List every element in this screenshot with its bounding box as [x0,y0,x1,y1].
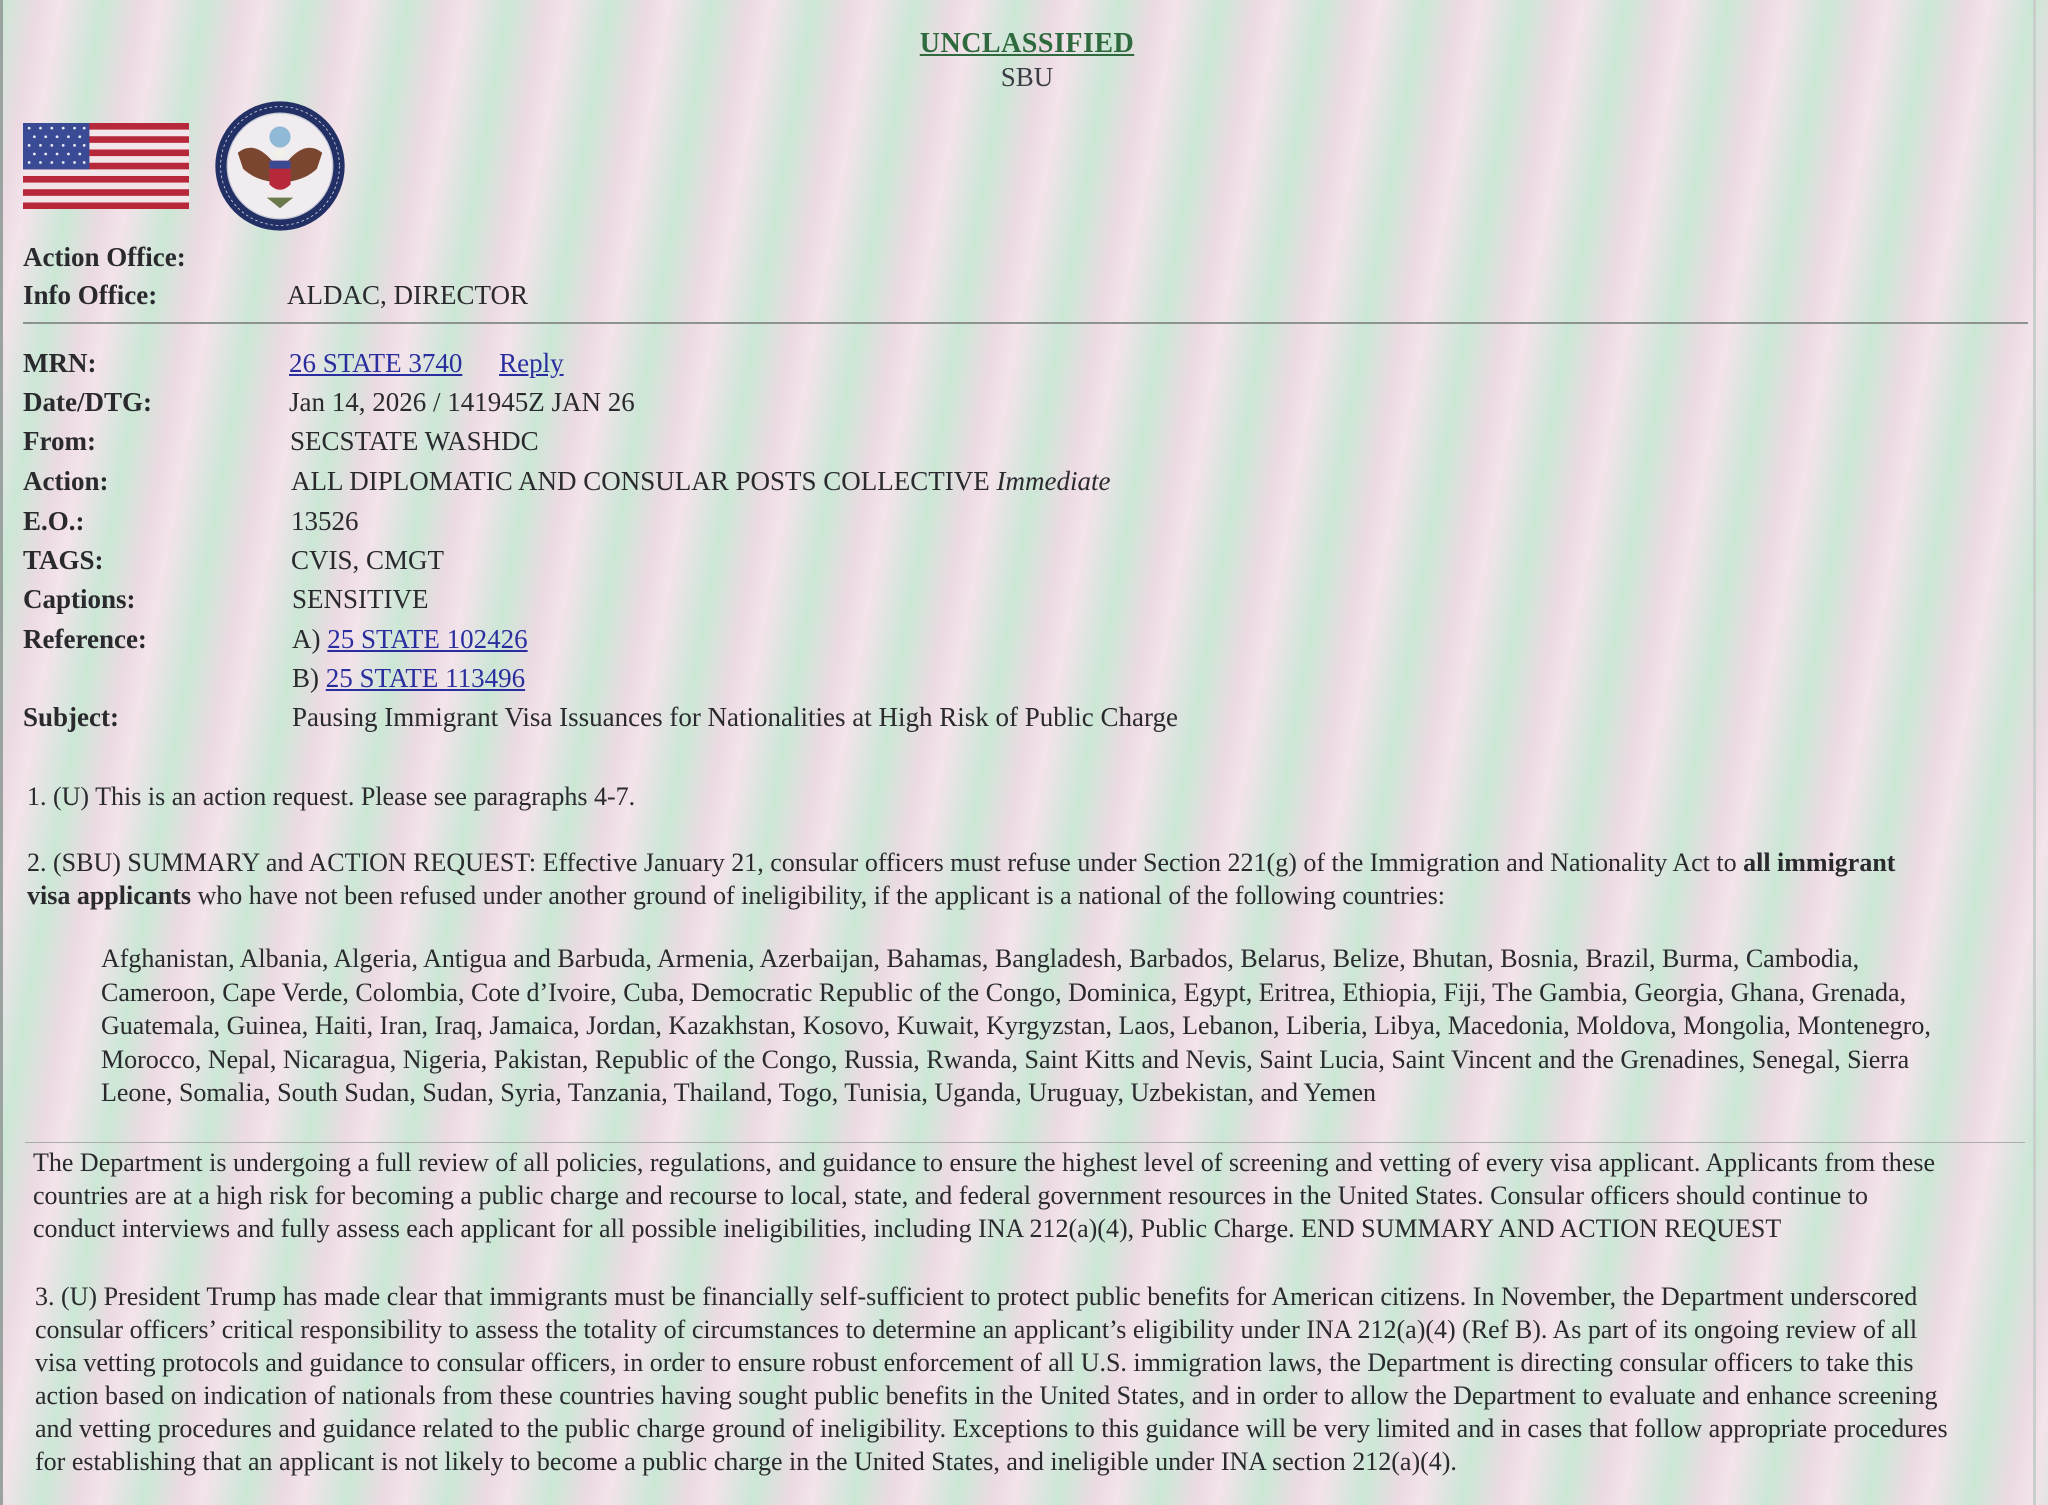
paragraph-2-text: 2. (SBU) SUMMARY and ACTION REQUEST: Eff… [27,848,1743,877]
paragraph-3: 3. (U) President Trump has made clear th… [35,1280,1948,1478]
summary-divider [25,1142,2025,1143]
from-label: From: [23,426,96,457]
paragraph-2-line-1: 2. (SBU) SUMMARY and ACTION REQUEST: Eff… [27,846,1895,879]
action-value: ALL DIPLOMATIC AND CONSULAR POSTS COLLEC… [291,466,990,496]
paragraph-2-text-2: who have not been refused under another … [191,881,1445,910]
reference-a-link[interactable]: 25 STATE 102426 [327,624,527,654]
paragraph-2-line-2: visa applicants who have not been refuse… [27,879,1445,912]
date-label: Date/DTG: [23,387,152,418]
classification-label: UNCLASSIFIED [3,28,2048,60]
action-label: Action: [23,466,108,497]
paragraph-3-line: visa vetting protocols and guidance to c… [35,1346,1948,1379]
reply-link[interactable]: Reply [499,348,564,378]
reference-label: Reference: [23,624,147,655]
date-value: Jan 14, 2026 / 141945Z JAN 26 [289,387,635,418]
department-of-state-seal-icon [214,100,346,232]
summary-paragraph: The Department is undergoing a full revi… [33,1146,1935,1245]
classification-banner: UNCLASSIFIED SBU [3,28,2048,93]
country-list-line: Guatemala, Guinea, Haiti, Iran, Iraq, Ja… [101,1009,1931,1043]
paragraph-3-line: for establishing that an applicant is no… [35,1445,1948,1478]
captions-label: Captions: [23,584,136,615]
paragraph-3-line: consular officers’ critical responsibili… [35,1313,1948,1346]
summary-line: countries are at a high risk for becomin… [33,1179,1935,1212]
paragraph-1: 1. (U) This is an action request. Please… [27,780,635,813]
paragraph-2-emphasis-2: visa applicants [27,881,191,910]
captions-value: SENSITIVE [292,584,429,615]
country-list-line: Cameroon, Cape Verde, Colombia, Cote d’I… [101,976,1931,1010]
paragraph-2-emphasis: all immigrant [1743,848,1895,877]
subject-value: Pausing Immigrant Visa Issuances for Nat… [292,702,1178,733]
action-office-label: Action Office: [23,242,186,273]
country-list-line: Morocco, Nepal, Nicaragua, Nigeria, Paki… [101,1043,1931,1077]
reference-b-link[interactable]: 25 STATE 113496 [326,663,525,693]
paragraph-3-line: action based on indication of nationals … [35,1379,1948,1412]
us-flag-icon [23,123,189,209]
eo-label: E.O.: [23,506,85,537]
summary-line: The Department is undergoing a full revi… [33,1146,1935,1179]
marking-label: SBU [3,62,2048,93]
cable-document: UNCLASSIFIED SBU Action Offi [0,0,2036,1505]
reference-a-prefix: A) [292,624,321,654]
tags-value: CVIS, CMGT [291,545,444,576]
mrn-link[interactable]: 26 STATE 3740 [289,348,462,378]
action-precedence: Immediate [997,466,1111,496]
header-divider [23,322,2028,324]
reference-b-prefix: B) [292,663,319,693]
from-value: SECSTATE WASHDC [290,426,539,457]
tags-label: TAGS: [23,545,104,576]
mrn-label: MRN: [23,348,96,379]
subject-label: Subject: [23,702,119,733]
country-list-line: Afghanistan, Albania, Algeria, Antigua a… [101,942,1931,976]
country-list-line: Leone, Somalia, South Sudan, Sudan, Syri… [101,1076,1931,1110]
info-office-label: Info Office: [23,280,157,311]
paragraph-3-line: 3. (U) President Trump has made clear th… [35,1280,1948,1313]
eo-value: 13526 [291,506,359,537]
info-office-value: ALDAC, DIRECTOR [287,280,528,311]
summary-line: conduct interviews and fully assess each… [33,1212,1935,1245]
country-list: Afghanistan, Albania, Algeria, Antigua a… [101,942,1931,1110]
paragraph-3-line: and vetting procedures and guidance rela… [35,1412,1948,1445]
